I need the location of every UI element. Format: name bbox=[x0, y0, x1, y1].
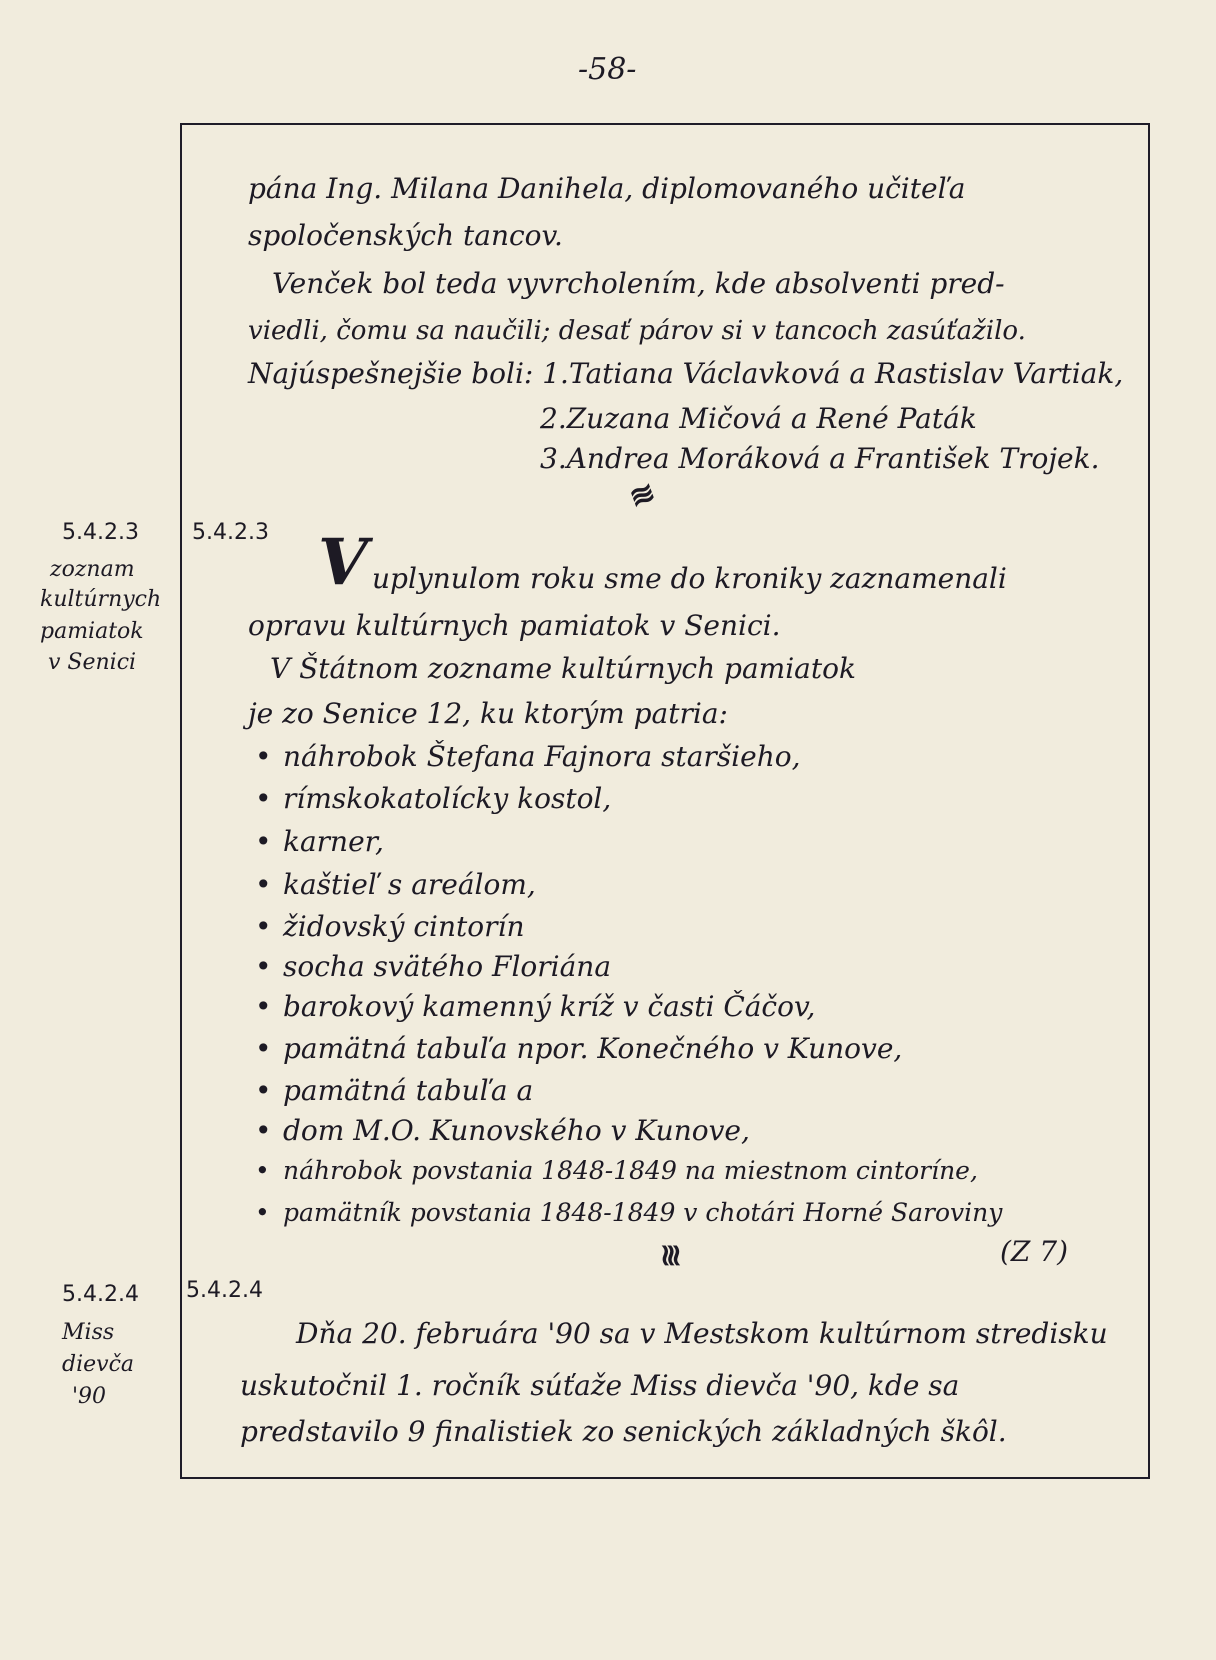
intro-line-6: 2.Zuzana Mičová a René Paták bbox=[540, 405, 977, 433]
drop-cap: V bbox=[318, 525, 368, 600]
section-line-2: opravu kultúrnych pamiatok v Senici. bbox=[248, 612, 781, 640]
margin-title-line-2: dievča bbox=[62, 1350, 134, 1380]
section-line-1: Dňa 20. februára '90 sa v Mestskom kultú… bbox=[296, 1320, 1108, 1348]
list-item: •kaštieľ s areálom, bbox=[255, 868, 536, 901]
margin-title-line-2: kultúrnych bbox=[40, 585, 161, 615]
section-line-4: je zo Senice 12, ku ktorým patria: bbox=[248, 700, 728, 728]
intro-line-5: Najúspešnejšie boli: 1.Tatiana Václavkov… bbox=[248, 360, 1123, 388]
source-note: (Z 7) bbox=[1000, 1238, 1068, 1266]
intro-line-7: 3.Andrea Moráková a František Trojek. bbox=[540, 445, 1099, 473]
intro-line-4: viedli, čomu sa naučili; desať párov si … bbox=[248, 318, 1026, 344]
intro-line-3: Venček bol teda vyvrcholením, kde absolv… bbox=[272, 270, 1005, 298]
margin-title-line-1: Miss bbox=[62, 1318, 114, 1348]
list-item: •karner, bbox=[255, 825, 384, 858]
section-line-1: uplynulom roku sme do kroniky zaznamenal… bbox=[372, 565, 1007, 593]
margin-title-line-4: v Senici bbox=[48, 648, 136, 678]
section-number: 5.4.2.4 bbox=[186, 1278, 263, 1303]
section-line-3: predstavilo 9 finalistiek zo senických z… bbox=[240, 1418, 1007, 1446]
list-item: •barokový kamenný kríž v časti Čáčov, bbox=[255, 990, 815, 1023]
list-item: •pamätník povstania 1848-1849 v chotári … bbox=[255, 1198, 1002, 1227]
section-number: 5.4.2.3 bbox=[192, 520, 269, 545]
margin-section-number: 5.4.2.3 bbox=[62, 520, 139, 545]
intro-line-1: pána Ing. Milana Danihela, diplomovaného… bbox=[248, 175, 965, 203]
intro-line-2: spoločenských tancov. bbox=[248, 222, 563, 250]
list-item: •náhrobok povstania 1848-1849 na miestno… bbox=[255, 1156, 978, 1185]
list-item: •židovský cintorín bbox=[255, 910, 525, 943]
list-item: •dom M.O. Kunovského v Kunove, bbox=[255, 1114, 750, 1147]
list-item: •socha svätého Floriána bbox=[255, 950, 611, 983]
list-item: •náhrobok Štefana Fajnora staršieho, bbox=[255, 740, 801, 773]
section-end-mark: ≋ bbox=[653, 1243, 688, 1268]
margin-section-number: 5.4.2.4 bbox=[62, 1282, 139, 1307]
section-line-3: V Štátnom zozname kultúrnych pamiatok bbox=[270, 655, 856, 683]
page-number: -58- bbox=[578, 52, 636, 87]
list-item: •rímskokatolícky kostol, bbox=[255, 782, 611, 815]
margin-title-line-3: pamiatok bbox=[40, 617, 144, 647]
section-line-2: uskutočnil 1. ročník súťaže Miss dievča … bbox=[240, 1372, 959, 1400]
list-item: •pamätná tabuľa a bbox=[255, 1074, 533, 1107]
margin-title-line-3: '90 bbox=[72, 1382, 106, 1412]
margin-title-line-1: zoznam bbox=[50, 555, 135, 585]
list-item: •pamätná tabuľa npor. Konečného v Kunove… bbox=[255, 1032, 902, 1065]
